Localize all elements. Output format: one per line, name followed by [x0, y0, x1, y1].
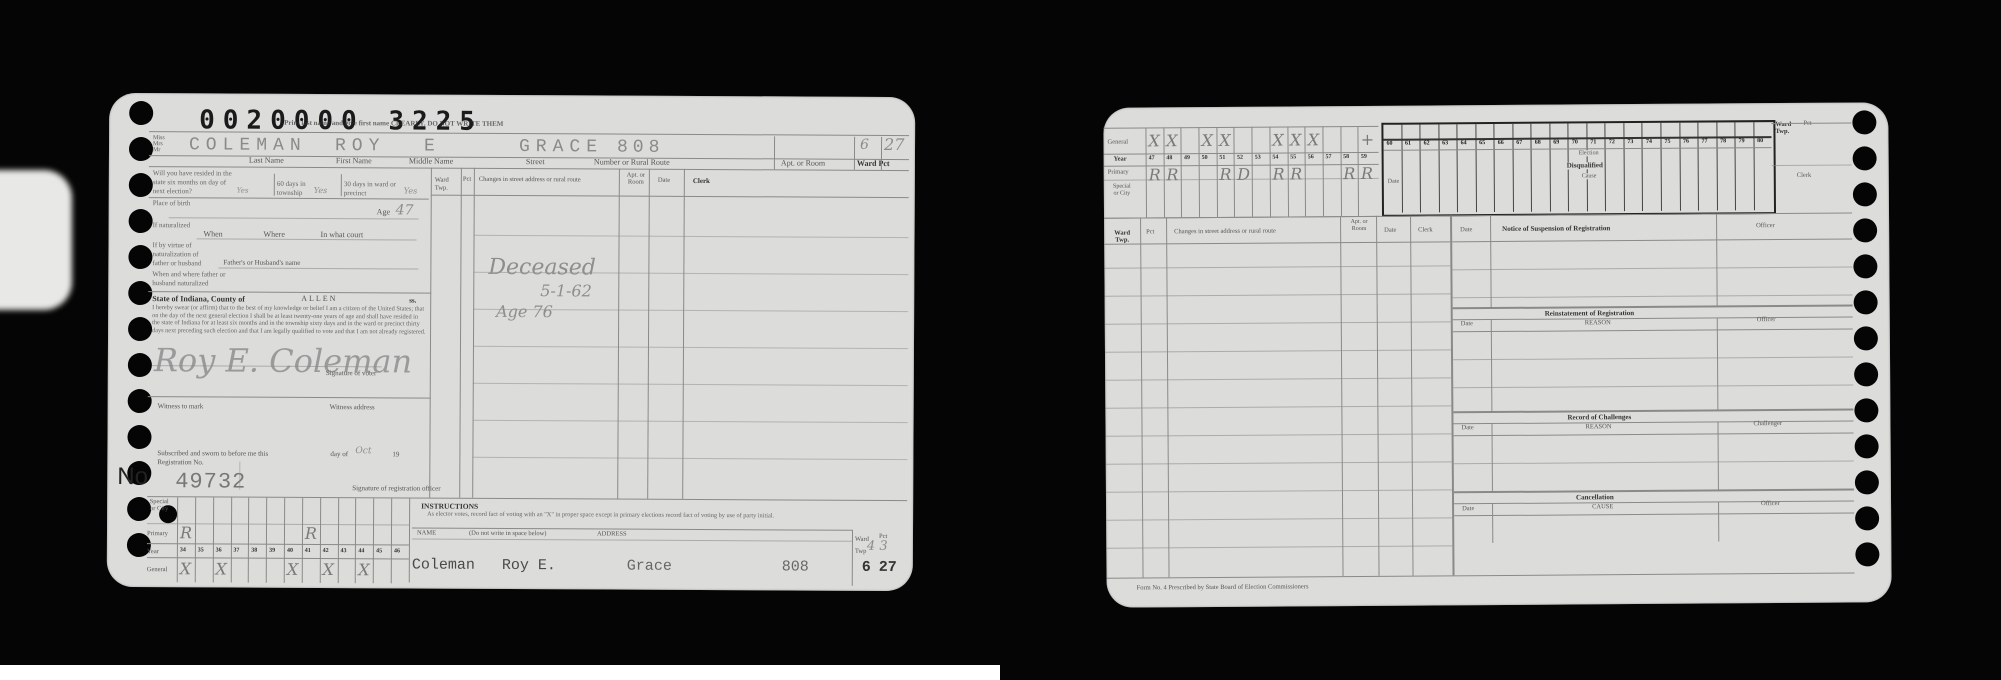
back-grid-year: 55: [1290, 154, 1296, 160]
punch-hole: [1854, 362, 1878, 386]
front-grid-column: 34RX: [177, 497, 195, 582]
front-col-changes: Changes in street address or rural route: [479, 177, 581, 184]
future-grid-year: 63: [1442, 140, 1448, 146]
blurred-edge-object: [0, 170, 72, 310]
deceased-note: Deceased: [488, 255, 596, 281]
back-grid-mark: R: [1166, 165, 1178, 184]
front-grid-year: 41: [305, 548, 311, 554]
back-voting-grid: 47XR48XR4950X51XR52D5354XR55XR56X5758R59…: [1145, 126, 1376, 218]
oath-heading: State of Indiana, County of: [152, 295, 245, 303]
number-value: 808: [617, 138, 665, 158]
front-grid-year: 37: [233, 548, 239, 554]
front-grid-mark: R: [180, 523, 192, 542]
front-col-pct: Pct: [463, 177, 471, 184]
front-grid-column: 39: [266, 498, 284, 583]
typed-ward: 6: [862, 559, 871, 576]
punch-hole: [128, 317, 152, 341]
future-grid-year: 62: [1424, 140, 1430, 146]
number-label: Number or Rural Route: [594, 158, 670, 166]
future-label-date: Date: [1388, 179, 1399, 185]
back-grid-column: 56X: [1305, 126, 1323, 216]
back-grid-year: 57: [1325, 154, 1331, 160]
back-grid-column: 57: [1322, 126, 1340, 216]
front-grid-column: 42X: [319, 498, 337, 583]
front-col-ward: Ward Twp.: [435, 177, 459, 193]
future-grid-year: 73: [1627, 139, 1633, 145]
salutation-mr: Mr: [153, 147, 160, 153]
day-of-label: day of: [330, 451, 348, 458]
punch-hole: [129, 173, 153, 197]
header-instruction: Print last name and give first name CLEA…: [284, 120, 503, 128]
front-grid-column: 43: [337, 498, 355, 583]
punch-hole: [128, 353, 152, 377]
cancellation-title: Cancellation: [1576, 494, 1614, 501]
suspension-title: Notice of Suspension of Registration: [1502, 225, 1610, 233]
reinstatement-title: Reinstatement of Registration: [1545, 310, 1634, 318]
front-voting-grid: 34RX3536X37383940X41R42X4344X4546: [177, 497, 409, 583]
punch-hole: [1854, 290, 1878, 314]
punch-hole: [1855, 470, 1879, 494]
punch-hole: [1853, 146, 1877, 170]
back-grid-column: 50X: [1198, 127, 1216, 217]
future-grid-year: 74: [1646, 139, 1652, 145]
grid-row-general: General: [147, 567, 168, 574]
registration-card-front: 0020000 3225 Print last name and give fi…: [107, 93, 916, 591]
back-grid-year: 53: [1255, 155, 1261, 161]
back-grid-year: 52: [1237, 155, 1243, 161]
q-township-value: Yes: [314, 186, 327, 195]
back-grid-year: 54: [1272, 155, 1278, 161]
registration-number: 49732: [175, 469, 246, 494]
q-ward-value: Yes: [404, 186, 417, 195]
front-grid-mark: X: [287, 560, 298, 579]
instructions-text: As elector votes, record fact of voting …: [427, 511, 877, 520]
last-name-label: Last Name: [249, 157, 284, 165]
future-grid-year: 76: [1683, 139, 1689, 145]
punch-hole: [1853, 218, 1877, 242]
back-grid-mark: R: [1290, 164, 1302, 183]
punch-hole: [128, 389, 152, 413]
front-grid-column: 40X: [284, 498, 302, 583]
first-name-label: First Name: [336, 157, 372, 165]
oath-ss: ss.: [409, 297, 416, 304]
future-grid-year: 65: [1479, 140, 1485, 146]
typed-pct: 27: [879, 559, 897, 576]
front-grid-year: 36: [216, 547, 222, 553]
future-grid-year: 79: [1739, 138, 1745, 144]
future-grid-year: 64: [1461, 140, 1467, 146]
registration-card-back: General Year Primary Special or City 47X…: [1103, 102, 1891, 607]
punch-hole: [1853, 182, 1877, 206]
back-col-ward: Ward Twp.: [1110, 230, 1134, 244]
instructions-heading: INSTRUCTIONS: [421, 503, 478, 511]
back-grid-mark: R: [1343, 164, 1355, 183]
front-col-apt: Apt. or Room: [625, 172, 647, 186]
pct-value: 27: [884, 135, 904, 154]
front-grid-column: 46: [391, 498, 409, 583]
middle-name-label: Middle Name: [409, 157, 453, 165]
front-grid-column: 41R: [302, 498, 320, 583]
subscribed-label: Subscribed and sworn to before me this: [157, 450, 268, 458]
future-grid-year: 71: [1590, 139, 1596, 145]
punch-hole: [128, 281, 152, 305]
father-name-label: Father's or Husband's name: [223, 259, 300, 266]
reinstatement-date-label: Date: [1461, 321, 1473, 328]
front-grid-mark: R: [305, 524, 317, 543]
grid-row-special: Special or City: [147, 498, 171, 512]
punch-hole: [1852, 110, 1876, 134]
future-grid-year: 80: [1757, 138, 1763, 144]
form-footer: Form No. 4 Prescribed by State Board of …: [1137, 584, 1309, 592]
by-virtue-label: If by virtue of naturalization of father…: [152, 241, 214, 268]
deceased-age: Age 76: [496, 302, 553, 321]
instructions-do-not-write: (Do not write in space below): [469, 531, 546, 538]
punch-hole: [1854, 326, 1878, 350]
signature-label: Signature of voter: [326, 370, 377, 377]
front-grid-year: 38: [251, 548, 257, 554]
front-col-clerk: Clerk: [693, 178, 710, 185]
future-grid-year: 60: [1387, 141, 1393, 147]
suspension-date-label: Date: [1460, 227, 1472, 234]
front-grid-column: 44X: [355, 498, 373, 583]
front-grid-column: 37: [230, 498, 248, 583]
punch-hole: [129, 101, 153, 125]
back-grid-mark: R: [1361, 164, 1373, 183]
white-scan-strip: [0, 665, 1000, 680]
cancellation-date-label: Date: [1462, 506, 1474, 513]
year-label: 19: [392, 451, 399, 458]
witness-mark-label: Witness to mark: [158, 403, 204, 410]
back-col-clerk: Clerk: [1418, 227, 1432, 234]
back-grid-mark: X: [1290, 130, 1302, 149]
back-grid-year: 47: [1149, 155, 1155, 161]
future-grid-year: 69: [1553, 140, 1559, 146]
back-col-pct: Pct: [1146, 229, 1154, 236]
when-label: When: [204, 230, 223, 238]
back-row-general: General: [1107, 140, 1128, 147]
number-prefix: No: [117, 465, 148, 489]
front-grid-year: 39: [269, 548, 275, 554]
future-grid-year: 67: [1516, 140, 1522, 146]
front-col-date: Date: [658, 178, 670, 185]
back-grid-year: 50: [1202, 155, 1208, 161]
front-grid-mark: X: [215, 559, 226, 578]
grid-row-year: Year: [147, 549, 159, 556]
back-grid-mark: +: [1361, 130, 1375, 149]
age-label: Age: [377, 208, 390, 216]
front-grid-year: 46: [394, 548, 400, 554]
front-grid-column: 38: [248, 498, 266, 583]
back-grid-mark: X: [1308, 130, 1320, 149]
future-grid-year: 66: [1498, 140, 1504, 146]
apt-label: Apt. or Room: [781, 159, 825, 167]
ward-pct-label: Ward Pct: [857, 160, 890, 168]
back-row-special: Special or City: [1110, 184, 1134, 198]
grid-row-primary: Primary: [147, 531, 168, 538]
back-grid-year: 59: [1361, 154, 1367, 160]
back-grid-year: 56: [1308, 154, 1314, 160]
back-grid-mark: D: [1237, 165, 1250, 184]
oath-text: I hereby swear (or affirm) that to the b…: [152, 304, 426, 335]
cancellation-officer-label: Officer: [1761, 501, 1780, 508]
back-row-year: Year: [1114, 157, 1127, 164]
punch-hole: [1853, 254, 1877, 278]
punch-hole: [128, 245, 152, 269]
court-label: In what court: [321, 231, 364, 239]
q-ward: 30 days in ward or precinct: [344, 180, 409, 198]
future-label-election: Election: [1579, 150, 1599, 156]
challenges-challenger-label: Challenger: [1753, 421, 1782, 428]
back-clerk-label: Clerk: [1797, 173, 1811, 180]
front-grid-year: 34: [180, 547, 186, 553]
future-grid-year: 78: [1720, 138, 1726, 144]
typed-name: Coleman Roy E.: [412, 556, 556, 574]
when-where-label: When and where father or husband natural…: [152, 270, 232, 288]
future-grid-year: 68: [1535, 140, 1541, 146]
typed-number: 808: [782, 558, 809, 575]
back-grid-column: 51XR: [1216, 127, 1234, 217]
last-name-value: COLEMAN: [189, 135, 307, 156]
back-grid-mark: X: [1272, 130, 1284, 149]
back-col-changes: Changes in street address or rural route: [1174, 229, 1276, 236]
front-grid-mark: X: [323, 560, 334, 579]
challenges-reason-label: REASON: [1585, 424, 1611, 431]
front-grid-column: 45: [373, 498, 391, 583]
front-grid-mark: X: [358, 560, 369, 579]
front-grid-column: 36X: [212, 497, 230, 582]
back-grid-mark: X: [1219, 131, 1231, 150]
back-grid-year: 51: [1219, 155, 1225, 161]
future-grid-year: 75: [1664, 139, 1670, 145]
back-grid-mark: R: [1272, 164, 1284, 183]
reinstatement-officer-label: Officer: [1757, 317, 1776, 324]
back-grid-mark: R: [1219, 165, 1231, 184]
challenges-date-label: Date: [1461, 425, 1473, 432]
back-grid-column: 49: [1181, 127, 1199, 217]
age-value: 47: [396, 202, 414, 218]
instructions-address-label: ADDRESS: [597, 531, 627, 538]
front-grid-column: 35: [195, 497, 213, 582]
street-label: Street: [526, 158, 545, 166]
registration-officer-label: Signature of registration officer: [352, 485, 440, 492]
front-grid-year: 44: [358, 548, 364, 554]
punch-hole: [129, 137, 153, 161]
back-grid-year: 48: [1166, 155, 1172, 161]
middle-name-value: E: [424, 137, 435, 157]
back-col-date: Date: [1384, 228, 1396, 235]
deceased-date: 5-1-62: [540, 281, 592, 300]
back-grid-mark: X: [1201, 131, 1213, 150]
month-value: Oct: [355, 446, 371, 456]
ward-value: 6: [860, 137, 869, 153]
back-pct-label: Pct: [1803, 121, 1811, 128]
instructions-name-label: NAME: [417, 531, 436, 538]
back-grid-column: 58R: [1340, 126, 1358, 216]
if-naturalized-label: If naturalized: [153, 221, 193, 230]
cancellation-cause-label: CAUSE: [1592, 504, 1613, 511]
front-grid-year: 43: [340, 548, 346, 554]
front-grid-year: 35: [198, 547, 204, 553]
q-state-residence: Will you have resided in the state six m…: [153, 169, 237, 196]
punch-hole: [1855, 506, 1879, 530]
back-grid-column: 55XR: [1287, 126, 1305, 216]
back-grid-column: 54XR: [1269, 126, 1287, 216]
back-grid-column: 48XR: [1163, 127, 1181, 217]
punch-hole: [127, 425, 151, 449]
back-grid-mark: R: [1149, 165, 1161, 184]
typed-street: Grace: [627, 558, 672, 575]
place-of-birth-label: Place of birth: [153, 199, 193, 208]
back-grid-year: 49: [1184, 155, 1190, 161]
future-label-cause: Cause: [1582, 173, 1597, 179]
back-grid-mark: X: [1166, 131, 1178, 150]
suspension-officer-label: Officer: [1756, 223, 1775, 230]
back-grid-column: 52D: [1234, 127, 1252, 217]
footer-ward-pct-handwritten: 4 3: [867, 539, 888, 554]
registration-no-label: Registration No.: [157, 459, 203, 466]
future-label-disqualified: Disqualified: [1567, 162, 1603, 169]
future-grid-year: 72: [1609, 139, 1615, 145]
front-grid-year: 40: [287, 548, 293, 554]
punch-hole: [1855, 542, 1879, 566]
back-grid-year: 58: [1343, 154, 1349, 160]
back-grid-column: 47XR: [1145, 127, 1163, 217]
challenges-title: Record of Challenges: [1567, 414, 1631, 421]
punch-hole: [1855, 434, 1879, 458]
back-row-primary: Primary: [1108, 170, 1129, 177]
punch-hole: [1854, 398, 1878, 422]
street-value: GRACE: [519, 137, 603, 157]
witness-address-label: Witness address: [330, 404, 375, 411]
first-name-value: ROY: [335, 136, 386, 156]
future-grid-year: 70: [1572, 139, 1578, 145]
back-col-apt: Apt. or Room: [1344, 219, 1374, 233]
future-grid-year: 77: [1702, 139, 1708, 145]
q-state-value: Yes: [237, 187, 249, 195]
back-grid-column: 53: [1252, 127, 1270, 217]
back-grid-mark: X: [1148, 131, 1160, 150]
reinstatement-reason-label: REASON: [1585, 320, 1611, 327]
front-grid-year: 42: [323, 548, 329, 554]
front-grid-year: 45: [376, 548, 382, 554]
punch-hole: [129, 209, 153, 233]
where-label: Where: [264, 231, 285, 239]
front-grid-mark: X: [180, 559, 191, 578]
back-grid-column: 59+R: [1358, 126, 1376, 216]
future-grid-year: 61: [1405, 141, 1411, 147]
oath-county: ALLEN: [301, 295, 337, 303]
